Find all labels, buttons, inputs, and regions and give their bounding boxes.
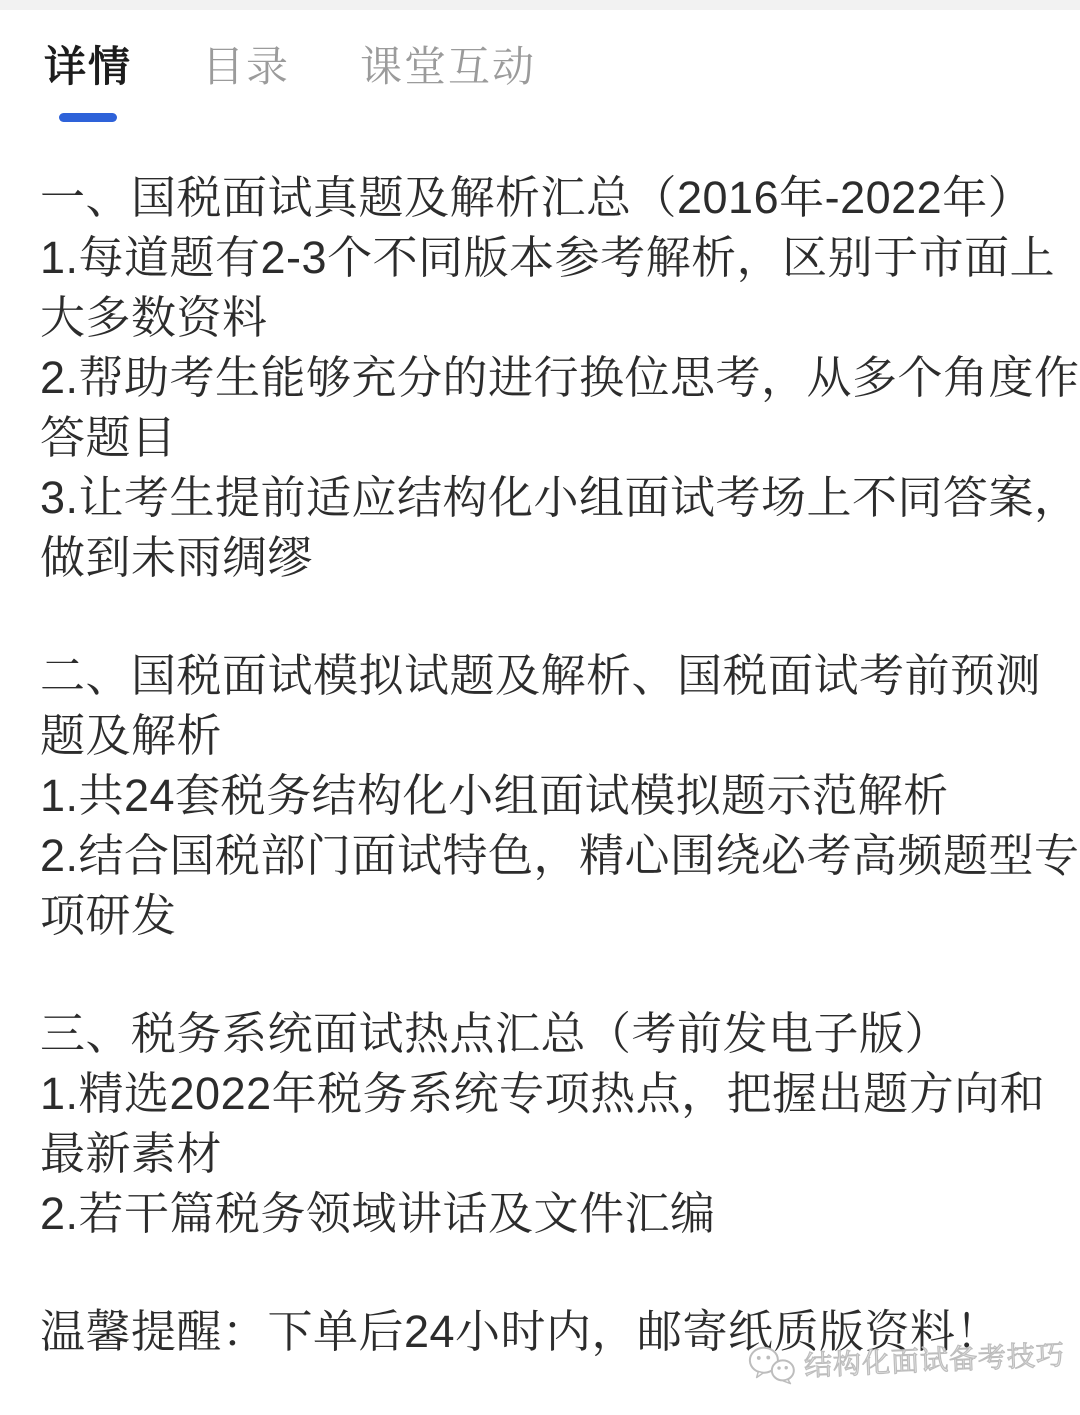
text-line: 2.帮助考生能够充分的进行换位思考，从多个角度作	[40, 348, 1046, 408]
text-line: 1.每道题有2-3个不同版本参考解析，区别于市面上	[40, 228, 1046, 288]
text-line: 答题目	[40, 408, 1046, 468]
wechat-icon	[747, 1345, 797, 1387]
text-line: 二、国税面试模拟试题及解析、国税面试考前预测	[40, 646, 1046, 706]
section-real-questions: 一、国税面试真题及解析汇总（2016年-2022年） 1.每道题有2-3个不同版…	[40, 168, 1046, 588]
text-line: 做到未雨绸缪	[40, 528, 1046, 588]
text-line: 3.让考生提前适应结构化小组面试考场上不同答案，	[40, 468, 1046, 528]
top-strip	[0, 0, 1080, 10]
text-line: 三、税务系统面试热点汇总（考前发电子版）	[40, 1004, 1046, 1064]
section-hot-topics: 三、税务系统面试热点汇总（考前发电子版） 1.精选2022年税务系统专项热点，把…	[40, 1004, 1046, 1244]
tab-classroom-interaction[interactable]: 课堂互动	[360, 42, 536, 122]
text-line: 1.精选2022年税务系统专项热点，把握出题方向和	[40, 1064, 1046, 1124]
tab-classroom-interaction-label: 课堂互动	[360, 43, 536, 90]
text-line: 项研发	[40, 886, 1046, 946]
text-line: 题及解析	[40, 706, 1046, 766]
tab-catalog-label: 目录	[202, 43, 290, 90]
text-line: 最新素材	[40, 1124, 1046, 1184]
tab-details[interactable]: 详情	[44, 42, 132, 122]
text-line: 2.结合国税部门面试特色，精心围绕必考高频题型专	[40, 826, 1046, 886]
tab-catalog[interactable]: 目录	[202, 42, 290, 122]
tab-bar: 详情 目录 课堂互动	[0, 10, 1080, 122]
text-line: 1.共24套税务结构化小组面试模拟题示范解析	[40, 766, 1046, 826]
active-tab-indicator	[59, 113, 117, 122]
tab-details-label: 详情	[44, 43, 132, 90]
course-detail-scroll-area[interactable]: 一、国税面试真题及解析汇总（2016年-2022年） 1.每道题有2-3个不同版…	[0, 168, 1080, 1362]
text-line: 一、国税面试真题及解析汇总（2016年-2022年）	[40, 168, 1046, 228]
text-line: 2.若干篇税务领域讲话及文件汇编	[40, 1184, 1046, 1244]
text-line: 大多数资料	[40, 288, 1046, 348]
section-mock-questions: 二、国税面试模拟试题及解析、国税面试考前预测 题及解析 1.共24套税务结构化小…	[40, 646, 1046, 946]
